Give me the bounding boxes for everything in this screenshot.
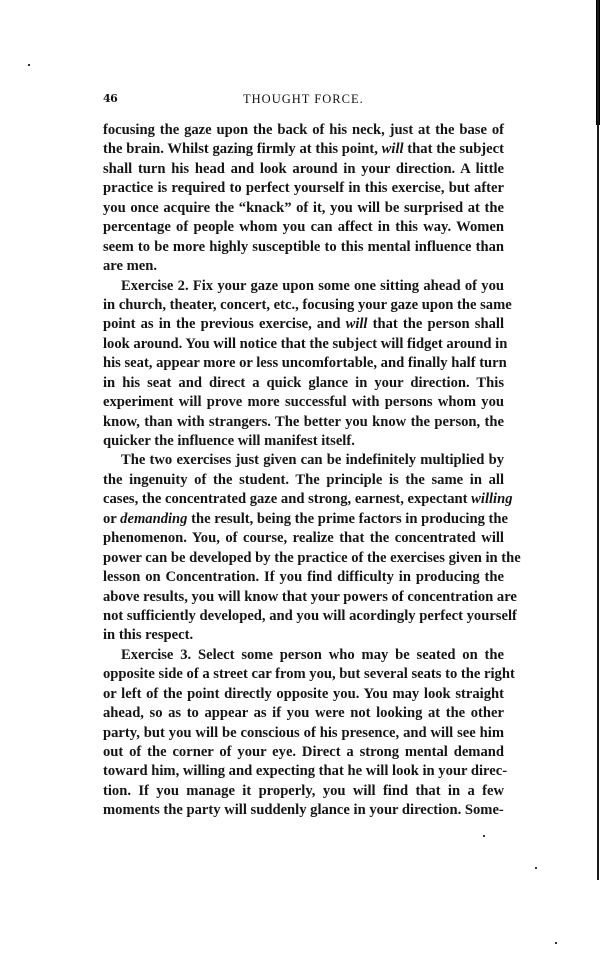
scanned-book-page: 46 THOUGHT FORCE. focusing the gaze upon… <box>0 0 600 978</box>
page-header: 46 THOUGHT FORCE. <box>103 92 503 108</box>
paragraph: Exercise 2. Fix your gaze upon some one … <box>103 277 504 452</box>
text-line: you once acquire the “knack” of it, you … <box>103 199 504 218</box>
italic-emphasis: demanding <box>120 511 187 527</box>
text-line: his seat, appear more or less uncomforta… <box>103 354 504 373</box>
text-line: experiment will prove more successful wi… <box>103 393 504 412</box>
text-line: point as in the previous exercise, and w… <box>103 315 504 334</box>
text-line: lesson on Concentration. If you find dif… <box>103 568 504 587</box>
scan-speck <box>483 835 485 837</box>
paragraph: focusing the gaze upon the back of his n… <box>103 121 504 277</box>
text-line: opposite side of a street car from you, … <box>103 665 504 684</box>
text-line: cases, the concentrated gaze and strong,… <box>103 490 504 509</box>
text-line: shall turn his head and look around in y… <box>103 160 504 179</box>
scan-speck <box>555 942 557 944</box>
text-line: in church, theater, concert, etc., focus… <box>103 296 504 315</box>
text-line: in his seat and direct a quick glance in… <box>103 374 504 393</box>
italic-emphasis: will <box>382 141 404 157</box>
italic-emphasis: willing <box>471 491 512 507</box>
text-line: know, than with strangers. The better yo… <box>103 413 504 432</box>
page-edge-line <box>597 0 599 880</box>
text-line: or left of the point directly opposite y… <box>103 685 504 704</box>
paragraph: The two exercises just given can be inde… <box>103 451 504 645</box>
text-line: power can be developed by the practice o… <box>103 549 504 568</box>
text-line: not sufficiently developed, and you will… <box>103 607 504 626</box>
scan-speck <box>535 867 537 869</box>
text-line: seem to be more highly susceptible to th… <box>103 238 504 257</box>
text-line: above results, you will know that your p… <box>103 588 504 607</box>
text-line: or demanding the result, being the prime… <box>103 510 504 529</box>
italic-emphasis: will <box>346 316 368 332</box>
text-line: tion. If you manage it properly, you wil… <box>103 782 504 801</box>
text-line: ahead, so as to appear as if you were no… <box>103 704 504 723</box>
text-line: toward him, willing and expecting that h… <box>103 762 504 781</box>
text-line: are men. <box>103 257 504 276</box>
running-title: THOUGHT FORCE. <box>243 92 364 107</box>
page-number: 46 <box>103 92 117 105</box>
text-line: in this respect. <box>103 626 504 645</box>
text-line: party, but you will be conscious of his … <box>103 724 504 743</box>
scan-speck <box>28 64 30 66</box>
text-line: phenomenon. You, of course, realize that… <box>103 529 504 548</box>
text-line: the brain. Whilst gazing firmly at this … <box>103 140 504 159</box>
text-line: Exercise 2. Fix your gaze upon some one … <box>103 277 504 296</box>
text-line: out of the corner of your eye. Direct a … <box>103 743 504 762</box>
text-line: percentage of people whom you can affect… <box>103 218 504 237</box>
body-text: focusing the gaze upon the back of his n… <box>103 121 504 821</box>
text-line: focusing the gaze upon the back of his n… <box>103 121 504 140</box>
text-line: look around. You will notice that the su… <box>103 335 504 354</box>
text-line: the ingenuity of the student. The princi… <box>103 471 504 490</box>
text-line: moments the party will suddenly glance i… <box>103 801 504 820</box>
paragraph: Exercise 3. Select some person who may b… <box>103 646 504 821</box>
text-line: quicker the influence will manifest itse… <box>103 432 504 451</box>
text-line: The two exercises just given can be inde… <box>103 451 504 470</box>
text-line: Exercise 3. Select some person who may b… <box>103 646 504 665</box>
text-line: practice is required to perfect yourself… <box>103 179 504 198</box>
